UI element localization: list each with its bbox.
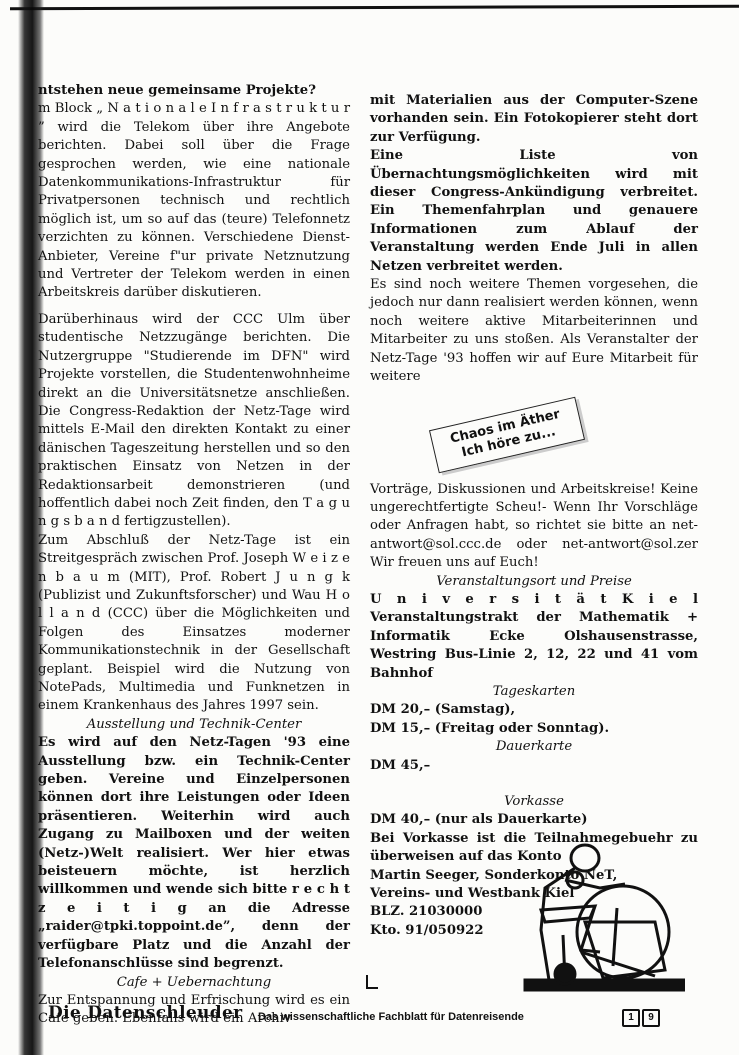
heading-tageskarten: Tageskarten xyxy=(370,683,698,701)
paragraph-ort: U n i v e r s i t ä t K i e l Veranstalt… xyxy=(370,591,698,683)
paragraph-abschluss: Zum Abschluß der Netz-Tage ist ein Strei… xyxy=(38,532,350,716)
heading-ort: Veranstaltungsort und Preise xyxy=(370,573,698,591)
paragraph-infrastruktur: m Block „ N a t i o n a l e I n f r a s … xyxy=(38,100,350,302)
page-number: 1 9 xyxy=(622,1009,660,1027)
grindstone-figure-icon xyxy=(505,840,685,1000)
price-freitag-sonntag: DM 15,– (Freitag oder Sonntag). xyxy=(370,720,698,738)
price-dauerkarte: DM 45,– xyxy=(370,757,698,775)
paragraph-projekte-intro: ntstehen neue gemeinsame Projekte? xyxy=(38,82,350,100)
page-digit: 9 xyxy=(642,1009,660,1027)
masthead: Die Datenschleuder xyxy=(48,1003,242,1023)
paragraph-liste: Eine Liste von Übernachtungsmöglichkeite… xyxy=(370,147,698,276)
heading-dauerkarte: Dauerkarte xyxy=(370,738,698,756)
paragraph-archiv: mit Materialien aus der Computer-Szene v… xyxy=(370,92,698,147)
heading-vorkasse: Vorkasse xyxy=(370,793,698,811)
top-rule xyxy=(10,5,739,11)
price-samstag: DM 20,– (Samstag), xyxy=(370,701,698,719)
paragraph-vortraege: Vorträge, Diskussionen und Arbeitskreise… xyxy=(370,481,698,573)
paragraph-ulm: Darüberhinaus wird der CCC Ulm über stud… xyxy=(38,311,350,532)
chaos-stamp: Chaos im Äther Ich höre zu... xyxy=(429,396,585,473)
heading-ausstellung: Ausstellung und Technik-Center xyxy=(38,716,350,734)
page-digit: 1 xyxy=(622,1009,640,1027)
tagline: Das wissenschaftliche Fachblatt für Date… xyxy=(258,1011,524,1023)
corner-mark xyxy=(366,975,378,989)
left-column: ntstehen neue gemeinsame Projekte? m Blo… xyxy=(38,82,350,1029)
heading-cafe: Cafe + Uebernachtung xyxy=(38,974,350,992)
paragraph-themen: Es sind noch weitere Themen vorgesehen, … xyxy=(370,276,698,386)
page-footer: Die Datenschleuder Das wissenschaftliche… xyxy=(0,1003,739,1027)
paragraph-ausstellung: Es wird auf den Netz-Tagen '93 eine Auss… xyxy=(38,734,350,973)
right-column: mit Materialien aus der Computer-Szene v… xyxy=(370,92,698,940)
price-vorkasse: DM 40,– (nur als Dauerkarte) xyxy=(370,811,698,829)
